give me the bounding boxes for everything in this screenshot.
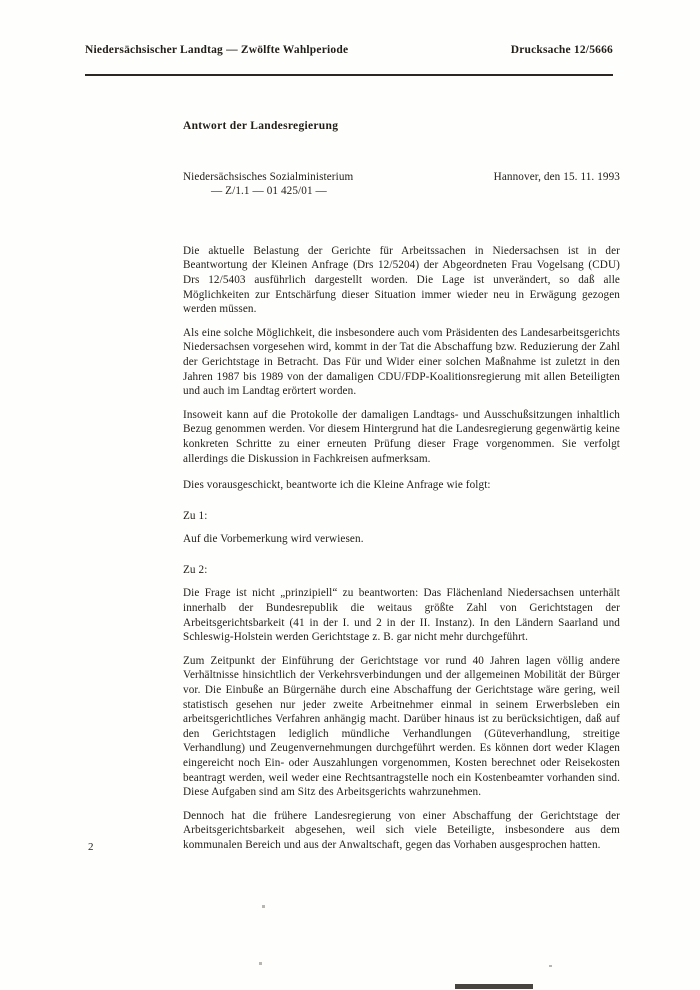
page-header: Niedersächsischer Landtag — Zwölfte Wahl… [85,44,613,56]
document-body: Antwort der Landesregierung Niedersächsi… [183,119,620,862]
section-heading-zu1: Zu 1: [183,509,620,524]
reference-number: — Z/1.1 — 01 425/01 — [183,184,353,199]
sender-name: Niedersächsisches Sozialministerium [183,170,353,185]
section-paragraph: Zum Zeitpunkt der Einführung der Gericht… [183,654,620,800]
section-heading-zu2: Zu 2: [183,563,620,578]
header-right-drucksache: Drucksache 12/5666 [511,44,613,56]
doc-title: Antwort der Landesregierung [183,119,620,134]
header-left-title: Niedersächsischer Landtag — Zwölfte Wahl… [85,44,348,56]
scan-artifact-bar [455,984,533,989]
header-rule [85,74,613,76]
dateline: Hannover, den 15. 11. 1993 [494,170,620,185]
page-number: 2 [88,841,94,853]
document-page: { "header": { "left": "Niedersächsischer… [0,0,700,990]
scan-speck [549,965,552,967]
scan-speck [262,905,265,908]
intro-paragraph: Die aktuelle Belastung der Gerichte für … [183,244,620,317]
address-row: Niedersächsisches Sozialministerium — Z/… [183,170,620,199]
section-paragraph: Dennoch hat die frühere Landesregierung … [183,809,620,853]
sender-block: Niedersächsisches Sozialministerium — Z/… [183,170,353,199]
section-paragraph: Die Frage ist nicht „prinzipiell“ zu bea… [183,586,620,644]
intro-paragraph: Als eine solche Möglichkeit, die insbeso… [183,326,620,399]
paragraphs-block: Die aktuelle Belastung der Gerichte für … [183,244,620,853]
section-paragraph: Auf die Vorbemerkung wird verwiesen. [183,532,620,547]
closing-line: Dies vorausgeschickt, beantworte ich die… [183,478,620,493]
scan-speck [259,962,262,965]
intro-paragraph: Insoweit kann auf die Protokolle der dam… [183,408,620,466]
